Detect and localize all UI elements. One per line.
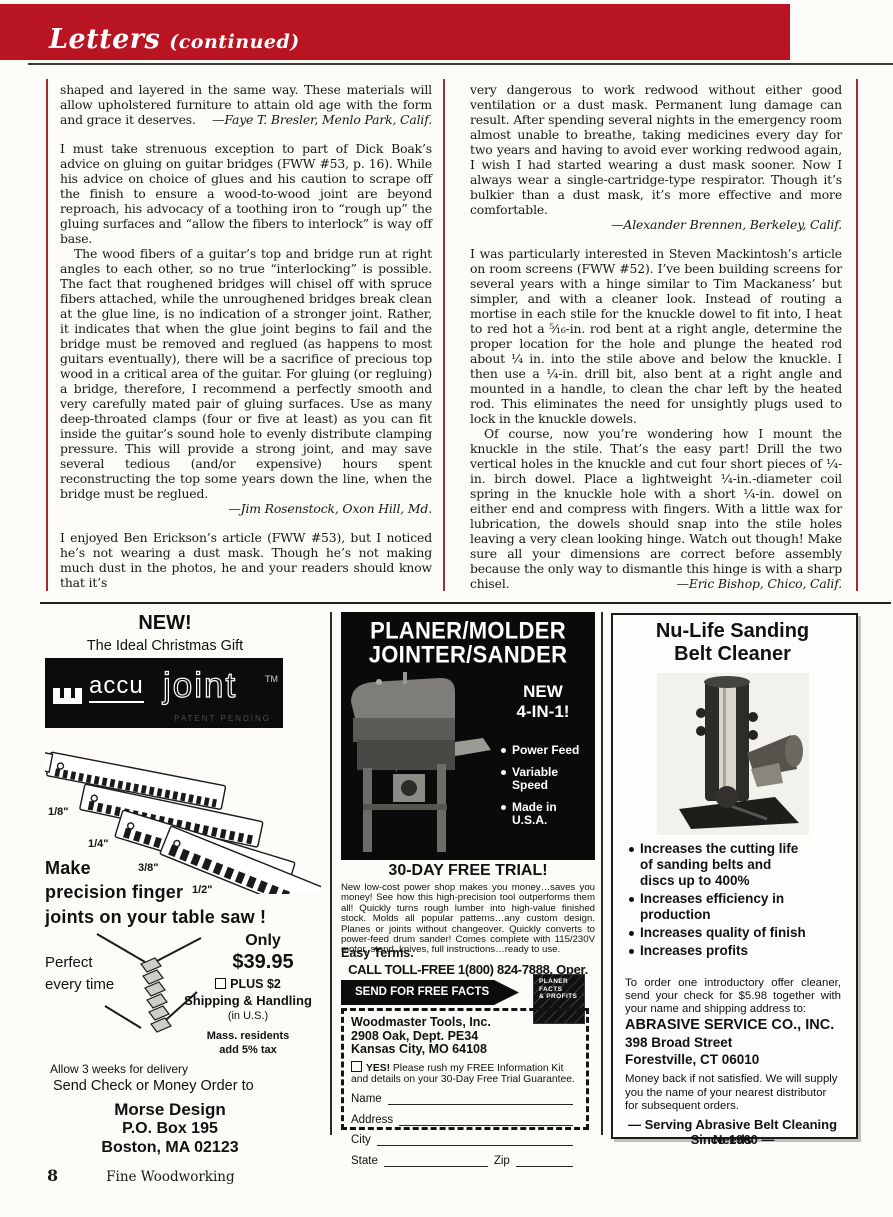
write-in-line[interactable] xyxy=(516,1157,573,1167)
bullet-icon xyxy=(501,748,506,753)
tax-label: add 5% tax xyxy=(175,1044,321,1056)
jig-size-label: 1/8" xyxy=(48,806,69,818)
bullet-icon xyxy=(501,805,506,810)
perfect-label: Perfect xyxy=(45,954,93,971)
letter-paragraph: shaped and layered in the same way. Thes… xyxy=(60,82,432,127)
every-time-label: every time xyxy=(45,976,114,993)
letter-paragraph: Of course, now you’re wondering how I mo… xyxy=(470,426,842,591)
squiggle-icon xyxy=(51,682,85,708)
feature-item: Variable Speed xyxy=(501,766,589,792)
woodmaster-body-text: New low-cost power shop makes you money…… xyxy=(341,883,595,956)
jig-size-label: 1/4" xyxy=(88,838,109,850)
nulife-benefit-list: Increases the cutting life of sanding be… xyxy=(629,841,834,961)
accujoint-headline-line: Make xyxy=(45,858,91,879)
feature-item: Power Feed xyxy=(501,744,589,757)
magazine-page: Letters(continued) shaped and layered in… xyxy=(0,0,893,1217)
accujoint-logo-joint: joint xyxy=(163,666,237,706)
nulife-title: Nu-Life Sanding xyxy=(613,620,852,643)
bullet-icon xyxy=(629,847,634,852)
ad-woodmaster: PLANER/MOLDER JOINTER/SANDER NEW 4-IN-1!… xyxy=(341,610,595,1137)
column-rule-left xyxy=(46,79,48,591)
column-rule-right xyxy=(856,79,858,591)
letters-column-1: shaped and layered in the same way. Thes… xyxy=(60,82,432,590)
write-in-line[interactable] xyxy=(384,1157,488,1167)
easy-terms-label: Easy Terms. xyxy=(341,946,414,960)
price-label: $39.95 xyxy=(205,951,321,974)
coupon-company: Woodmaster Tools, Inc. xyxy=(351,1016,579,1030)
tagline: Since 1960 — xyxy=(613,1132,852,1147)
bullet-icon xyxy=(629,897,634,902)
advertiser-name: ABRASIVE SERVICE CO., INC. xyxy=(625,1017,834,1033)
order-instructions: To order one introductory offer cleaner,… xyxy=(625,977,841,1016)
ad-divider-1 xyxy=(330,612,332,1135)
accujoint-headline-line: precision finger xyxy=(45,882,183,903)
ad-divider-2 xyxy=(601,612,603,1135)
street-line: 398 Broad Street xyxy=(625,1035,732,1050)
feature-item: Made in U.S.A. xyxy=(501,801,589,827)
bullet-icon xyxy=(501,770,506,775)
letter-signature: —Jim Rosenstock, Oxon Hill, Md. xyxy=(60,501,432,516)
page-footer: 8Fine Woodworking xyxy=(47,1166,235,1185)
coupon-name-field[interactable]: Name xyxy=(351,1093,579,1105)
benefit-item: Increases efficiency in production xyxy=(629,891,834,923)
send-for-facts-banner: SEND FOR FREE FACTS TODAY xyxy=(341,980,519,1005)
coupon-address: Kansas City, MO 64108 xyxy=(351,1043,579,1057)
city-line: Forestville, CT 06010 xyxy=(625,1052,759,1067)
accujoint-logo: accu joint TM PATENT PENDING xyxy=(45,658,283,728)
header-banner: Letters(continued) xyxy=(0,4,790,60)
belt-cleaner-photo xyxy=(657,673,809,835)
ad-accujoint: NEW! The Ideal Christmas Gift accu joint… xyxy=(45,610,321,1137)
jig-size-label: 1/2" xyxy=(192,884,213,896)
magazine-name: Fine Woodworking xyxy=(106,1169,235,1185)
advertiser-name: Morse Design xyxy=(45,1100,295,1120)
accujoint-headline-line: joints on your table saw ! xyxy=(45,907,266,928)
coupon-yes-option[interactable]: YES! Please rush my FREE Information Kit… xyxy=(351,1061,576,1085)
bullet-icon xyxy=(629,931,634,936)
ads-top-rule xyxy=(40,602,891,604)
only-label: Only xyxy=(205,932,321,950)
new-label: NEW xyxy=(493,682,593,702)
page-title-continued: (continued) xyxy=(169,31,300,53)
send-check-label: Send Check or Money Order to xyxy=(53,1078,254,1094)
woodmaster-headline: JOINTER/SANDER xyxy=(341,641,595,669)
shipping-label: Shipping & Handling xyxy=(175,993,321,1008)
page-title: Letters(continued) xyxy=(49,24,300,55)
delivery-note: Allow 3 weeks for delivery xyxy=(50,1062,188,1076)
letter-paragraph: I enjoyed Ben Erickson’s article (FWW #5… xyxy=(60,530,432,590)
checkbox-icon[interactable] xyxy=(351,1061,362,1072)
letter-signature: —Faye T. Bresler, Menlo Park, Calif. xyxy=(212,112,432,127)
header-rule xyxy=(28,63,893,65)
write-in-line[interactable] xyxy=(377,1136,573,1146)
write-in-line[interactable] xyxy=(388,1095,573,1105)
letter-signature: —Alexander Brennen, Berkeley, Calif. xyxy=(470,217,842,232)
plus-shipping-option: PLUS $2 xyxy=(175,977,321,991)
woodmaster-feature-list: Power Feed Variable Speed Made in U.S.A. xyxy=(501,744,589,836)
letter-signature: —Eric Bishop, Chico, Calif. xyxy=(663,576,842,591)
ad-nulife: Nu-Life Sanding Belt Cleaner Incr xyxy=(611,613,858,1139)
accujoint-new-label: NEW! xyxy=(45,612,285,635)
accujoint-logo-accu: accu xyxy=(89,672,144,703)
coupon-state-zip-field[interactable]: StateZip xyxy=(351,1155,579,1167)
page-title-main: Letters xyxy=(49,24,160,55)
nulife-title: Belt Cleaner xyxy=(613,643,852,666)
accujoint-subtitle: The Ideal Christmas Gift xyxy=(45,638,285,654)
woodmaster-header-panel: PLANER/MOLDER JOINTER/SANDER NEW 4-IN-1!… xyxy=(341,612,595,860)
column-rule-middle xyxy=(443,79,445,591)
planer-machine-photo xyxy=(343,672,493,856)
trademark-label: TM xyxy=(265,674,278,684)
benefit-item: Increases quality of finish xyxy=(629,925,834,941)
jig-size-label: 3/8" xyxy=(138,862,159,874)
free-trial-headline: 30-DAY FREE TRIAL! xyxy=(341,862,595,880)
benefit-item: Increases the cutting life of sanding be… xyxy=(629,841,834,889)
coupon-address: 2908 Oak, Dept. PE34 xyxy=(351,1030,579,1044)
letters-column-2: very dangerous to work redwood without e… xyxy=(470,82,842,591)
four-in-one-label: 4-IN-1! xyxy=(493,702,593,722)
write-in-line[interactable] xyxy=(399,1116,573,1126)
city-line: Boston, MA 02123 xyxy=(45,1139,295,1157)
letter-paragraph: The wood fibers of a guitar’s top and br… xyxy=(60,246,432,501)
letter-paragraph: I must take strenuous exception to part … xyxy=(60,141,432,246)
coupon-city-field[interactable]: City xyxy=(351,1134,579,1146)
letters-section: shaped and layered in the same way. Thes… xyxy=(46,79,858,591)
po-box-line: P.O. Box 195 xyxy=(45,1120,295,1138)
coupon-address-field[interactable]: Address xyxy=(351,1114,579,1126)
bullet-icon xyxy=(629,949,634,954)
patent-pending-label: PATENT PENDING xyxy=(174,714,271,723)
checkbox-icon xyxy=(215,978,226,989)
page-number: 8 xyxy=(47,1166,58,1185)
in-us-label: (in U.S.) xyxy=(175,1010,321,1022)
benefit-item: Increases profits xyxy=(629,943,834,959)
guarantee-text: Money back if not satisfied. We will sup… xyxy=(625,1073,841,1114)
mail-in-coupon: Woodmaster Tools, Inc. 2908 Oak, Dept. P… xyxy=(341,1008,589,1130)
letter-paragraph: very dangerous to work redwood without e… xyxy=(470,82,842,217)
letter-paragraph: I was particularly interested in Steven … xyxy=(470,246,842,426)
mass-residents-label: Mass. residents xyxy=(175,1030,321,1042)
